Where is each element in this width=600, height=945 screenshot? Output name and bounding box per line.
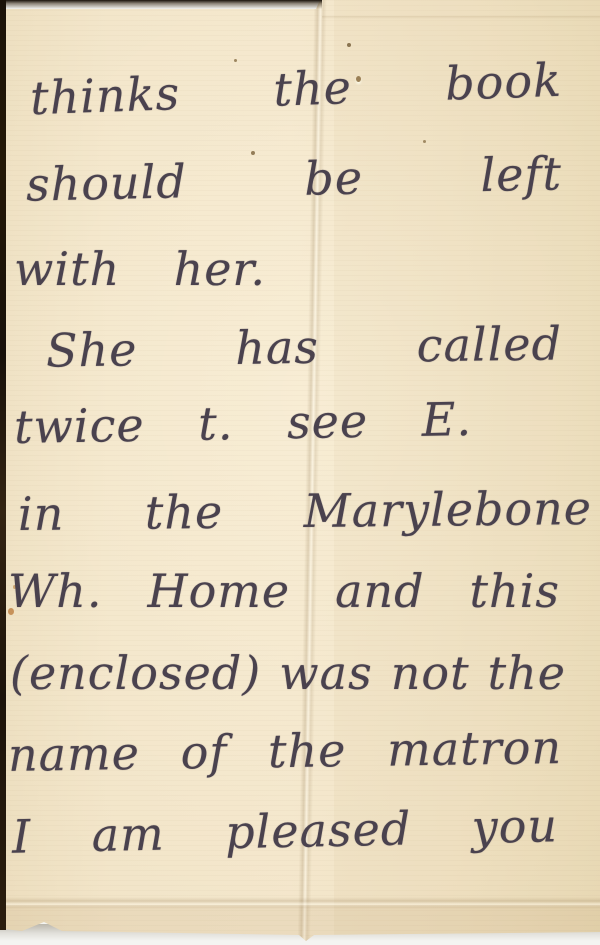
paper-speck [423,140,426,143]
scanned-letter-page: thinks the book should be left with her.… [0,0,600,945]
paper-speck [347,43,351,47]
top-fold-crease [322,16,600,19]
handwritten-line-7: Wh. Home and this [8,564,560,618]
handwritten-line-4: She has called [46,316,563,377]
scan-left-edge [0,0,6,930]
handwritten-line-3: with her. [14,242,266,296]
handwritten-line-9: name of the matron [8,720,563,782]
handwritten-line-2: should be left [25,146,562,211]
handwritten-line-5: twice t. see E. [14,392,473,454]
handwritten-line-10: I am pleased you [11,798,558,863]
scan-top-edge [0,0,322,9]
handwritten-line-8: (enclosed) was not the [10,646,566,700]
handwritten-line-6: in the Marylebone [18,481,593,541]
paper-speck [234,59,237,62]
